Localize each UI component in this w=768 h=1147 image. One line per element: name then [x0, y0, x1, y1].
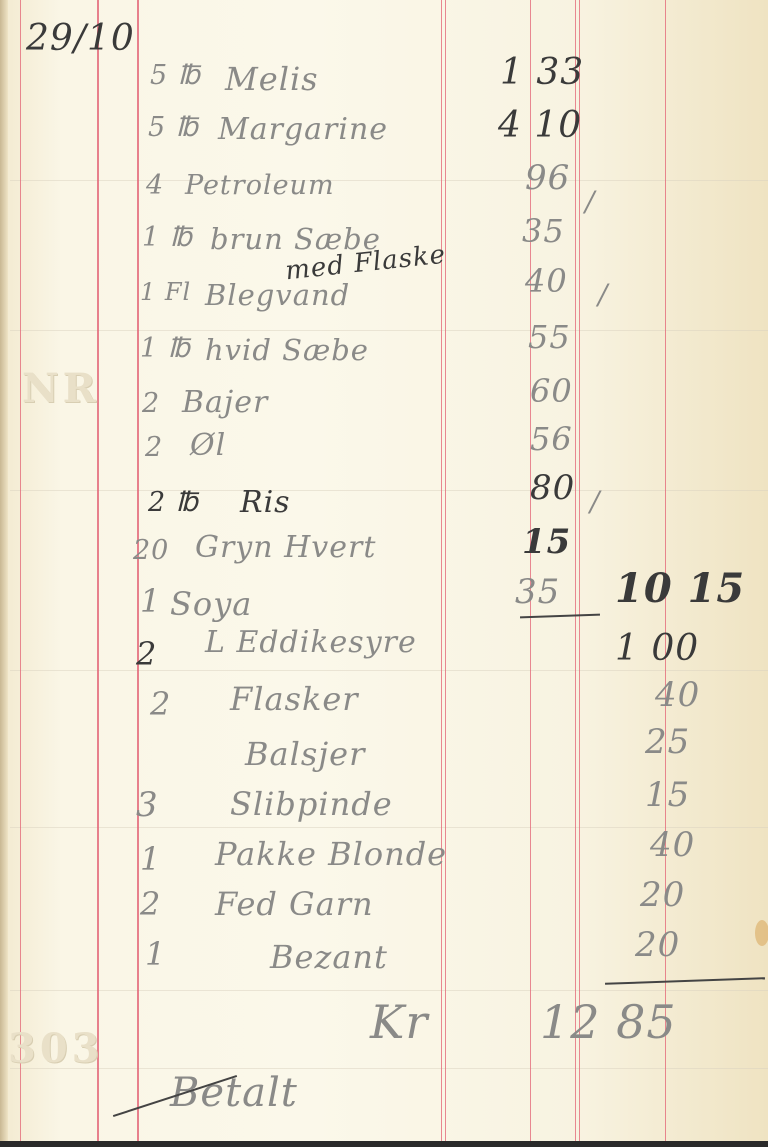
subtotal-underline	[520, 614, 600, 619]
item-name: Øl	[190, 428, 226, 463]
ruling-line	[10, 490, 768, 491]
item-qty: 4	[146, 170, 164, 201]
item-name: Melis	[225, 60, 319, 98]
page-edge	[0, 0, 8, 1147]
item-qty: 2	[142, 388, 160, 419]
item-name: Bezant	[270, 938, 388, 976]
item-amount: 25	[645, 722, 690, 762]
ruling-line	[10, 180, 768, 181]
embossed-number: 303	[8, 1025, 104, 1072]
item-qty: 1 ℔	[142, 222, 193, 253]
item-name: Blegvand	[205, 278, 350, 312]
ruling-line	[10, 1068, 768, 1069]
date-column-rule	[97, 0, 99, 1141]
item-amount: 20	[640, 875, 685, 915]
total-column-rule-left	[575, 0, 576, 1141]
item-amount: 15	[522, 522, 571, 562]
check-mark: /	[598, 278, 608, 311]
item-name: L Eddikesyre	[205, 625, 417, 660]
item-qty: 2	[136, 635, 157, 673]
total-column-rule-left-2	[579, 0, 580, 1141]
item-amount: 40	[525, 262, 568, 300]
ruling-line	[10, 990, 768, 991]
item-amount: 1 33	[500, 52, 584, 93]
ruling-line	[10, 330, 768, 331]
ledger-page: NR 303 29/10 5 ℔ Melis 1 33 5 ℔ Margarin…	[0, 0, 768, 1147]
item-name: Soya	[170, 585, 252, 623]
item-qty: 2	[150, 685, 171, 723]
paper-stain	[755, 920, 768, 946]
item-name: hvid Sæbe	[205, 333, 369, 367]
item-name: Fed Garn	[215, 885, 374, 923]
item-amount: 4 10	[498, 105, 582, 146]
subtotal-amount: 10 15	[615, 565, 745, 612]
item-amount: 35	[515, 572, 560, 612]
item-amount: 15	[645, 775, 690, 815]
item-qty: 1	[140, 840, 161, 878]
item-amount: 56	[530, 420, 573, 458]
item-qty: 3	[136, 785, 159, 825]
item-qty: 1 Fl	[140, 278, 191, 306]
entry-date: 29/10	[26, 18, 135, 59]
item-name: Bajer	[182, 385, 268, 420]
check-mark: /	[590, 485, 600, 518]
amount-column-rule-left	[441, 0, 442, 1141]
item-amount: 1 00	[615, 628, 699, 669]
total-label: Kr	[370, 995, 428, 1049]
item-qty: 1 ℔	[140, 333, 191, 364]
item-amount: 80	[530, 468, 575, 508]
ruling-line	[10, 670, 768, 671]
amount-column-rule-left-2	[445, 0, 446, 1141]
description-column-rule	[137, 0, 139, 1141]
item-name: Pakke Blonde	[215, 835, 447, 873]
check-mark: /	[585, 185, 595, 218]
total-underline	[605, 977, 765, 985]
item-amount: 35	[522, 212, 565, 250]
item-name: Slibpinde	[230, 785, 393, 823]
item-qty: 20	[133, 535, 169, 566]
item-name: Balsjer	[245, 735, 365, 773]
item-name: Petroleum	[185, 170, 335, 201]
item-qty: 2	[145, 432, 163, 463]
embossed-mark: NR	[22, 365, 100, 412]
item-amount: 40	[655, 675, 700, 715]
margin-rule	[20, 0, 21, 1141]
item-amount: 20	[635, 925, 680, 965]
item-qty: 2	[140, 885, 161, 923]
item-name: Margarine	[218, 112, 388, 147]
item-name: Gryn Hvert	[195, 530, 376, 565]
item-qty: 1	[140, 582, 161, 620]
item-qty: 5 ℔	[150, 60, 201, 91]
page-bottom-edge	[0, 1141, 768, 1147]
item-qty: 1	[145, 935, 166, 973]
item-amount: 96	[525, 158, 570, 198]
item-qty: 5 ℔	[148, 112, 199, 143]
item-name: Flasker	[230, 680, 359, 718]
total-amount: 12 85	[540, 995, 677, 1049]
item-amount: 55	[528, 318, 571, 356]
item-amount: 60	[530, 372, 573, 410]
item-name: Ris	[240, 485, 291, 520]
item-amount: 40	[650, 825, 695, 865]
item-qty: 2 ℔	[148, 487, 199, 518]
